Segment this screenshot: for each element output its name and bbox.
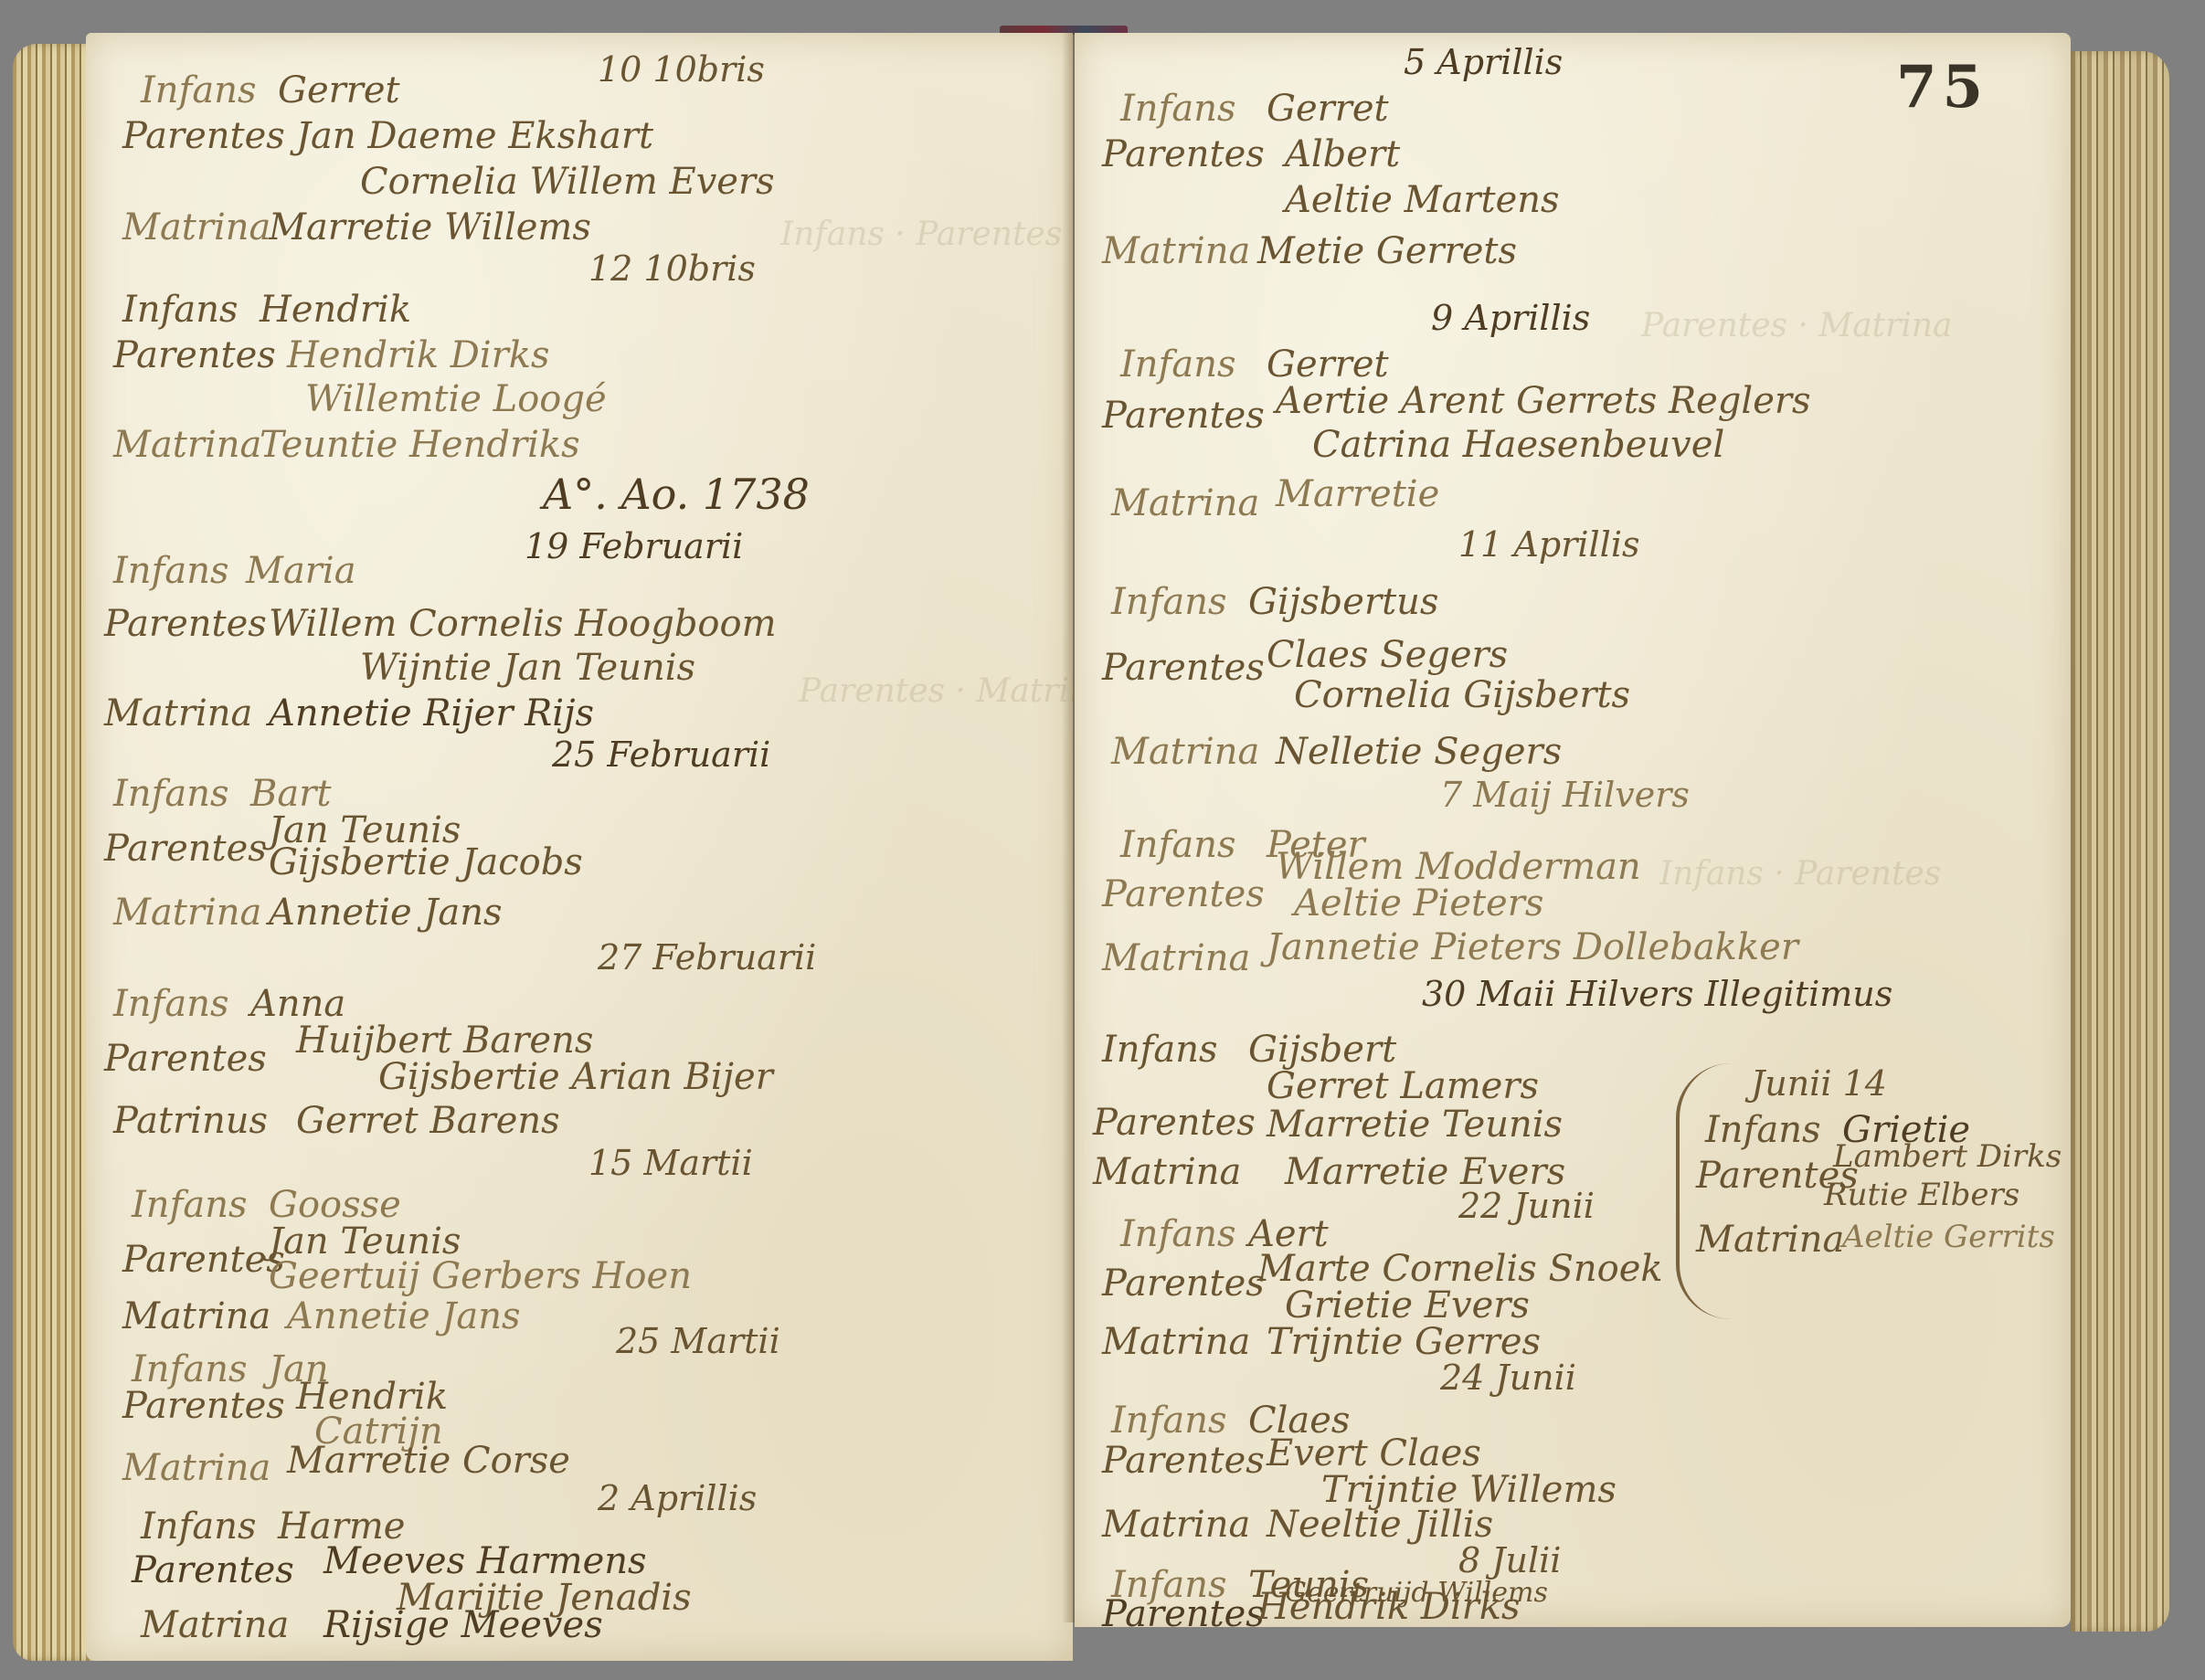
parentes-label: Parentes <box>1102 395 1265 437</box>
parent-father: Claes Segers <box>1267 634 1508 676</box>
entry-date: 12 10bris <box>588 248 756 289</box>
parent-mother: Cornelia Gijsberts <box>1294 674 1630 716</box>
parent-mother: Geertruijd Willems <box>1285 1577 1548 1609</box>
infans-label: Infans <box>1120 824 1236 866</box>
sponsor-name: Nelletie Segers <box>1276 731 1562 773</box>
entry-date: 24 Junii <box>1440 1358 1576 1398</box>
left-page: Infans · Parentes Parentes · Matrina 10 … <box>86 33 1073 1661</box>
infans-label: Infans <box>132 1184 248 1226</box>
margin-parent-father: Lambert Dirks <box>1833 1138 2062 1175</box>
matrina-label: Matrina <box>1093 1151 1241 1193</box>
matrina-label: Matrina <box>122 206 270 248</box>
page-number: 75 <box>1896 53 1988 122</box>
sponsor-name: Annetie Jans <box>269 892 503 934</box>
parentes-label: Parentes <box>132 1549 294 1591</box>
infans-name: Gerret <box>278 69 400 111</box>
parent-mother: Wijntie Jan Teunis <box>360 647 695 689</box>
margin-bracket <box>1676 1063 1734 1319</box>
parent-mother: Catrina Haesenbeuvel <box>1312 424 1724 466</box>
infans-label: Infans <box>113 983 229 1025</box>
sponsor-name: Teuntie Hendriks <box>260 424 580 466</box>
parentes-label: Parentes <box>104 828 267 870</box>
margin-sponsor-name: Aeltie Gerrits <box>1842 1219 2055 1255</box>
entry-date: 30 Maii Hilvers Illegitimus <box>1422 974 1892 1014</box>
parent-father: Gerret Lamers <box>1267 1065 1539 1107</box>
parent-father: Aertie Arent Gerrets Reglers <box>1276 380 1811 422</box>
parent-father: Willem Cornelis Hoogboom <box>269 603 777 645</box>
entry-date: 5 Aprillis <box>1404 42 1563 82</box>
sponsor-name: Annetie Rijer Rijs <box>269 692 594 734</box>
parentes-label: Parentes <box>104 1038 267 1080</box>
parent-father: Albert <box>1285 133 1400 175</box>
infans-label: Infans <box>122 289 239 331</box>
matrina-label: Matrina <box>1111 482 1259 524</box>
year-heading: A°. Ao. 1738 <box>543 470 810 519</box>
sponsor-name: Annetie Jans <box>287 1295 521 1337</box>
entry-date: 25 Februarii <box>552 734 770 775</box>
infans-label: Infans <box>1111 581 1227 623</box>
right-page-edges <box>2071 51 2169 1632</box>
infans-label: Infans <box>1102 1029 1218 1071</box>
parentes-label: Parentes <box>113 334 276 376</box>
parentes-label: Parentes <box>104 603 267 645</box>
parentes-label: Parentes <box>122 1385 285 1427</box>
parent-father: Hendrik Dirks <box>287 334 550 376</box>
parent-father: Jan Daeme Ekshart <box>296 115 653 157</box>
infans-label: Infans <box>1120 343 1236 386</box>
matrina-label: Matrina <box>113 424 261 466</box>
parent-mother: Aeltie Martens <box>1285 179 1560 221</box>
parentes-label: Parentes <box>122 115 285 157</box>
entry-date: 27 Februarii <box>598 937 816 977</box>
matrina-label: Matrina <box>1102 1504 1250 1546</box>
infans-label: Infans <box>1111 1400 1227 1442</box>
matrina-label: Matrina <box>122 1447 270 1489</box>
infans-label: Infans <box>1120 88 1236 130</box>
matrina-label: Matrina <box>122 1295 270 1337</box>
entry-date: 8 Julii <box>1458 1540 1561 1580</box>
entry-date: 25 Martii <box>616 1321 780 1361</box>
patrinus-label: Patrinus <box>113 1100 268 1142</box>
parentes-label: Parentes <box>1102 1263 1265 1305</box>
parentes-label: Parentes <box>1102 1440 1265 1482</box>
infans-name: Maria <box>246 550 356 592</box>
matrina-label: Matrina <box>1102 1321 1250 1363</box>
entry-date: 19 Februarii <box>525 526 743 566</box>
right-page: 75 Parentes · Matrina Infans · Parentes … <box>1075 33 2071 1627</box>
parent-mother: Geertuij Gerbers Hoen <box>269 1255 692 1297</box>
entry-date: 9 Aprillis <box>1431 298 1590 338</box>
infans-name: Hendrik <box>260 289 411 331</box>
parentes-label: Parentes <box>1102 647 1265 689</box>
parentes-label: Parentes <box>1102 1593 1265 1635</box>
margin-parent-mother: Rutie Elbers <box>1824 1177 2019 1213</box>
matrina-label: Matrina <box>1111 731 1259 773</box>
entry-date: 7 Maij Hilvers <box>1440 775 1690 815</box>
infans-name: Gijsbertus <box>1248 581 1438 623</box>
sponsor-name: Jannetie Pieters Dollebakker <box>1267 926 1798 968</box>
parentes-label: Parentes <box>1093 1102 1256 1144</box>
entry-date: 22 Junii <box>1458 1186 1595 1226</box>
entry-date: 10 10bris <box>598 49 765 90</box>
parent-mother: Gijsbertie Jacobs <box>269 841 583 883</box>
parent-mother: Aeltie Pieters <box>1294 882 1543 925</box>
infans-name: Gerret <box>1267 88 1389 130</box>
bleed-through-text: Infans · Parentes <box>1659 855 1941 893</box>
infans-label: Infans <box>141 1506 257 1548</box>
sponsor-name: Marretie Corse <box>287 1440 570 1482</box>
parent-mother: Cornelia Willem Evers <box>360 161 775 203</box>
matrina-label: Matrina <box>1102 937 1250 979</box>
parent-mother: Gijsbertie Arian Bijer <box>378 1056 773 1098</box>
sponsor-name: Marretie Willems <box>269 206 591 248</box>
margin-entry-date: Junii 14 <box>1751 1063 1887 1104</box>
parentes-label: Parentes <box>1102 133 1265 175</box>
open-book: Infans · Parentes Parentes · Matrina 10 … <box>13 33 2169 1668</box>
bleed-through-text: Parentes · Matrina <box>1641 307 1953 344</box>
entry-date: 2 Aprillis <box>598 1478 757 1518</box>
entry-date: 15 Martii <box>588 1143 753 1183</box>
entry-date: 11 Aprillis <box>1458 524 1639 565</box>
parentes-label: Parentes <box>122 1239 285 1281</box>
matrina-label: Matrina <box>104 692 252 734</box>
sponsor-name: Metie Gerrets <box>1257 230 1517 272</box>
infans-label: Infans <box>113 550 229 592</box>
parent-mother: Marretie Teunis <box>1267 1104 1563 1146</box>
parentes-label: Parentes <box>1102 873 1265 915</box>
infans-label: Infans <box>1120 1213 1236 1255</box>
bleed-through-text: Infans · Parentes <box>780 216 1062 253</box>
sponsor-name: Rijsige Meeves <box>323 1604 603 1646</box>
matrina-label: Matrina <box>1102 230 1250 272</box>
matrina-label: Matrina <box>141 1604 289 1646</box>
matrina-label: Matrina <box>113 892 261 934</box>
infans-label: Infans <box>113 773 229 815</box>
sponsor-name: Gerret Barens <box>296 1100 560 1142</box>
sponsor-name: Marretie <box>1276 473 1439 515</box>
infans-label: Infans <box>141 69 257 111</box>
parent-mother: Willemtie Loogé <box>305 378 607 420</box>
